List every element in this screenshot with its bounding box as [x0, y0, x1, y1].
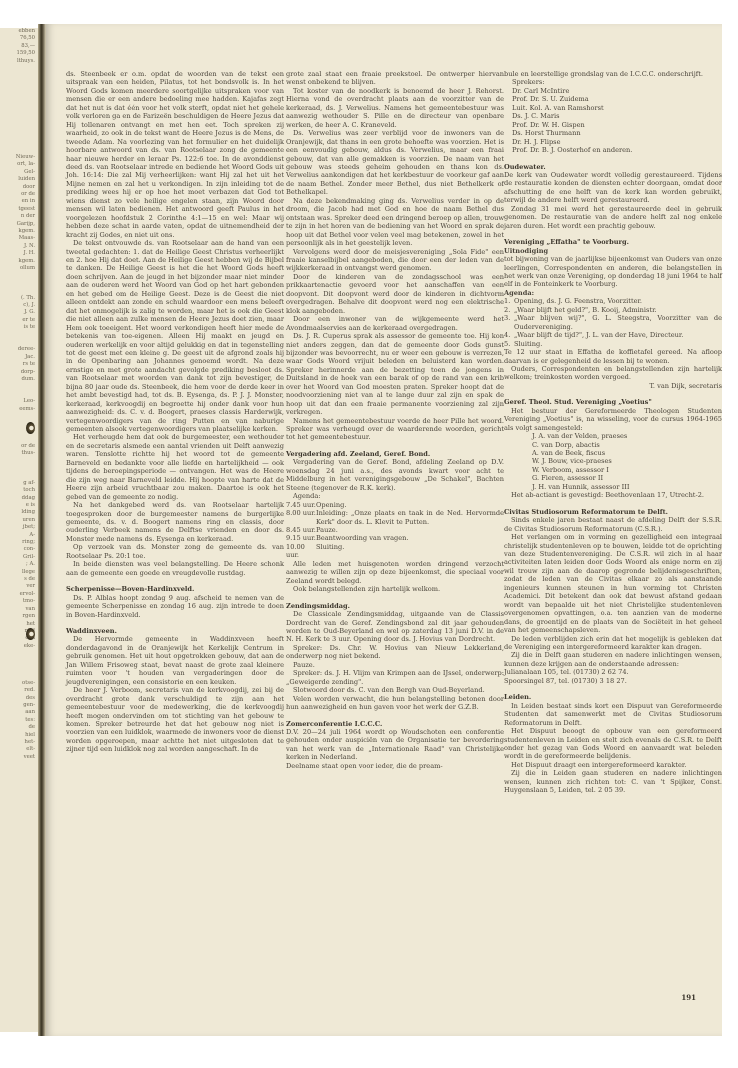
- agenda-number: 3.: [504, 314, 514, 331]
- facing-page-fragment: Jac.: [0, 354, 38, 361]
- facing-page-fragment: rgen: [0, 613, 38, 620]
- facing-page-fragment: ring;: [0, 539, 38, 546]
- agenda-item: 3.„Waar blijven wij?", G. L. Steegstra, …: [504, 314, 722, 331]
- paragraph: Deelname staat open voor ieder, die de p…: [286, 762, 504, 770]
- facing-page-fragment: des: [0, 695, 38, 702]
- section-heading: Civitas Studiosorum Reformatorum te Delf…: [504, 508, 722, 516]
- facing-page-fragment: J. N.: [0, 243, 38, 250]
- agenda-text: „Waar blijven wij?", G. L. Steegstra, Vo…: [514, 314, 722, 331]
- facing-page-fragment: gen-: [0, 702, 38, 709]
- agenda-time: 8.00 uur.: [286, 509, 316, 526]
- facing-page-fragment: 159,50: [0, 50, 38, 57]
- paragraph: bule en leerstellige grondslag van de I.…: [504, 70, 722, 78]
- facing-page-fragment: dorp-: [0, 369, 38, 376]
- facing-page-fragment: ollum: [0, 265, 38, 272]
- list-item: C. van Dorp, abactis: [532, 441, 722, 449]
- facing-page-fragment: luiden: [0, 176, 38, 183]
- list-item: Prof. Dr. W. H. Gispen: [512, 121, 722, 129]
- facing-page-fragment: [0, 391, 38, 398]
- facing-page-fragment: uren: [0, 517, 38, 524]
- facing-page-fragment: het-: [0, 739, 38, 746]
- facing-page-fragment: [0, 658, 38, 665]
- facing-page-fragment: [0, 665, 38, 672]
- paragraph: Tot koster van de noodkerk is benoemd de…: [286, 87, 504, 129]
- facing-page-fragment: Leo-: [0, 398, 38, 405]
- facing-page-fragment: s de: [0, 576, 38, 583]
- facing-page-fragment: door: [0, 184, 38, 191]
- paragraph: Door een inwoner van de wijkgemeente wer…: [286, 315, 504, 332]
- facing-page-text-fragments: ebben76,5083,—159,50lthuys. Nieuw-ort, l…: [0, 28, 38, 761]
- facing-page-fragment: [0, 465, 38, 472]
- facing-page-fragment: [0, 117, 38, 124]
- section-heading: Vereniging „Effatha" te Voorburg.: [504, 238, 722, 246]
- agenda-item: 10.00 uur.Sluiting.: [286, 543, 504, 560]
- paragraph: Zij die in Delft gaan studeren en nadere…: [504, 651, 722, 668]
- paragraph: D.V. 20—24 juli 1964 wordt op Woudschote…: [286, 728, 504, 762]
- facing-page-fragment: [0, 65, 38, 72]
- paragraph: Vervolgens werd door de meisjesverenigin…: [286, 248, 504, 273]
- facing-page-fragment: het: [0, 621, 38, 628]
- facing-page-fragment: [0, 280, 38, 287]
- facing-page-fragment: lding: [0, 509, 38, 516]
- paragraph: Ds. J. R. Cuperus sprak als assessor de …: [286, 332, 504, 417]
- paragraph: Spoorsingel 87, tel. (01730) 3 18 27.: [504, 677, 722, 685]
- paragraph: Na deze bekendmaking ging ds. Verwelius …: [286, 197, 504, 248]
- paragraph: Het Dispuut draagt een intergereformeerd…: [504, 761, 722, 769]
- agenda-item: 9.15 uur.Beantwoording van vragen.: [286, 534, 504, 542]
- facing-page-fragment: llege: [0, 569, 38, 576]
- facing-page-fragment: J. H.: [0, 250, 38, 257]
- list-item: Sprekers:: [512, 78, 722, 86]
- agenda-text: Sluiting.: [316, 543, 344, 560]
- agenda-time: 8.45 uur.: [286, 526, 316, 534]
- facing-page-fragment: thus-: [0, 450, 38, 457]
- list-item: Dr. Carl McIntire: [512, 87, 722, 95]
- list-item: J. A. van der Velden, praeses: [532, 432, 722, 440]
- facing-page-fragment: A-: [0, 532, 38, 539]
- agenda-text: Opening, ds. J. G. Feenstra, Voorzitter.: [514, 297, 642, 305]
- list-item: Prof. Dr. B. J. Oosterhof en anderen.: [512, 146, 722, 154]
- list-item: Ds. Horst Thurmann: [512, 129, 722, 137]
- paragraph: In beide diensten was veel belangstellin…: [66, 560, 284, 577]
- binding-ring-icon: [26, 422, 35, 434]
- facing-page-fragment: dum.: [0, 376, 38, 383]
- facing-page-fragment: [0, 672, 38, 679]
- facing-page-fragment: aan: [0, 709, 38, 716]
- facing-page-fragment: [0, 435, 38, 442]
- facing-page-fragment: ebben: [0, 28, 38, 35]
- facing-page-fragment: tgeest: [0, 206, 38, 213]
- agenda-number: 4.: [504, 331, 514, 339]
- paragraph: In Leiden bestaat sinds kort een Dispuut…: [504, 702, 722, 727]
- paragraph: De tekst ontvouwde ds. van Rootselaar aa…: [66, 239, 284, 433]
- agenda-item: 4.„Waar blijft de tijd?", J. L. van der …: [504, 331, 722, 339]
- paragraph: Op verzoek van ds. Monster zong de gemee…: [66, 543, 284, 560]
- paragraph: Het Dispuut beoogt de opbouw van een ger…: [504, 727, 722, 761]
- column-left: ds. Steenbeek er o.m. opdat de woorden v…: [66, 70, 284, 754]
- facing-page-fragment: ervol-: [0, 591, 38, 598]
- agenda-text: „Waar blijft het geld?", B. Kooij, Admin…: [514, 306, 657, 314]
- facing-page-fragment: kgem.: [0, 228, 38, 235]
- facing-page-fragment: tes:: [0, 717, 38, 724]
- facing-page-fragment: er te: [0, 317, 38, 324]
- paragraph: ds. Steenbeek er o.m. opdat de woorden v…: [66, 70, 284, 239]
- paragraph: De kerk van Oudewater wordt volledig ger…: [504, 171, 722, 205]
- agenda-item: 2.„Waar blijft het geld?", B. Kooij, Adm…: [504, 306, 722, 314]
- facing-page-fragment: deree-: [0, 346, 38, 353]
- facing-page-fragment: eems-: [0, 406, 38, 413]
- subheading: Agenda:: [504, 289, 722, 297]
- list-item: W. Verboom, assessor I: [532, 466, 722, 474]
- section-heading: Vergadering afd. Zeeland, Geref. Bond.: [286, 450, 504, 458]
- facing-page-fragment: red.: [0, 687, 38, 694]
- section-heading: Oudewater.: [504, 163, 722, 171]
- facing-page-fragment: rs te: [0, 361, 38, 368]
- facing-page-fragment: [0, 132, 38, 139]
- list-item: J. H. van Hunnik, assessor III: [532, 483, 722, 491]
- agenda-text: Sluiting.: [514, 340, 542, 348]
- paragraph: De Classicale Zendingsmiddag, uitgaande …: [286, 610, 504, 644]
- list-item: Luit. Kol. A. van Ramshorst: [512, 104, 722, 112]
- facing-page-fragment: van: [0, 606, 38, 613]
- paragraph: Het ab-actiant is gevestigd: Beethovenla…: [504, 491, 722, 499]
- name-list: J. A. van der Velden, praesesC. van Dorp…: [504, 432, 722, 491]
- book-gutter: [38, 24, 46, 1036]
- facing-page-fragment: Nieuw-: [0, 154, 38, 161]
- name-list: Sprekers:Dr. Carl McIntireProf. Dr. S. U…: [504, 78, 722, 154]
- paragraph: Zondag 31 mei werd het gerestaureerde de…: [504, 205, 722, 230]
- facing-page-fragment: [0, 287, 38, 294]
- facing-page-fragment: or de: [0, 443, 38, 450]
- agenda-time: 10.00 uur.: [286, 543, 316, 560]
- facing-page-fragment: n der: [0, 213, 38, 220]
- list-item: W. J. Bouw, vice-praeses: [532, 457, 722, 465]
- facing-page-fragment: [0, 339, 38, 346]
- paragraph: Het verlangen om in vorming en gezelligh…: [504, 533, 722, 634]
- facing-page-fragment: tmo-: [0, 598, 38, 605]
- facing-page-fragment: de: [0, 724, 38, 731]
- list-item: G. Fieren, assessor II: [532, 474, 722, 482]
- paragraph: tot bijwoning van de jaarlijkse bijeenko…: [504, 255, 722, 289]
- facing-page-fragment: [0, 332, 38, 339]
- column-middle: grote zaal staat een fraaie preekstoel. …: [286, 70, 504, 770]
- facing-page-fragment: elt-: [0, 746, 38, 753]
- section-heading: Scherpenisse—Boven-Hardinxveld.: [66, 585, 284, 593]
- agenda-number: 5.: [504, 340, 514, 348]
- agenda-item: 8.45 uur.Pauze.: [286, 526, 504, 534]
- facing-page-fragment: [0, 124, 38, 131]
- paragraph: Namens het gemeentebestuur voerde de hee…: [286, 417, 504, 442]
- facing-page-fragment: [0, 650, 38, 657]
- paragraph: Agenda:: [286, 492, 504, 500]
- facing-page-fragment: Gril-: [0, 554, 38, 561]
- agenda-item: 8.00 uur.Inleiding: „Onze plaats en taak…: [286, 509, 504, 526]
- paragraph: grote zaal staat een fraaie preekstoel. …: [286, 70, 504, 87]
- facing-page-fragment: hiel: [0, 732, 38, 739]
- agenda-time: 9.15 uur.: [286, 534, 316, 542]
- facing-page-fragment: [0, 472, 38, 479]
- facing-page-fragment: [0, 384, 38, 391]
- list-item: Prof. Dr. S. U. Zuidema: [512, 95, 722, 103]
- facing-page-fragment: Maas-: [0, 235, 38, 242]
- facing-page-fragment: [0, 109, 38, 116]
- facing-page-fragment: 83,—: [0, 43, 38, 50]
- facing-page-fragment: [0, 80, 38, 87]
- agenda-text: Pauze.: [316, 526, 338, 534]
- paragraph: Vergadering van de Geref. Bond, afdeling…: [286, 458, 504, 492]
- paragraph: De Hervormde gemeente in Waddinxveen hee…: [66, 635, 284, 686]
- facing-page-fragment: veet: [0, 754, 38, 761]
- facing-page-fragment: Garijp,: [0, 221, 38, 228]
- agenda-text: „Waar blijft de tijd?", J. L. van der Ha…: [514, 331, 683, 339]
- facing-page-fragment: lthuys.: [0, 58, 38, 65]
- paragraph: Het bestuur der Gereformeerde Theologen …: [504, 407, 722, 432]
- section-heading: Waddinxveen.: [66, 627, 284, 635]
- facing-page-fragment: (. Th.: [0, 295, 38, 302]
- agenda-text: Beantwoording van vragen.: [316, 534, 408, 542]
- facing-page-fragment: is te: [0, 324, 38, 331]
- facing-page-fragment: g af-: [0, 480, 38, 487]
- binding-ring-icon: [26, 628, 35, 640]
- paragraph: Te 12 uur staat in Effatha de koffietafe…: [504, 348, 722, 365]
- column-right: bule en leerstellige grondslag van de I.…: [504, 70, 722, 795]
- agenda-text: Inleiding: „Onze plaats en taak in de Ne…: [316, 509, 504, 526]
- facing-page-fragment: en in: [0, 198, 38, 205]
- section-heading: Geref. Theol. Stud. Vereniging „Voetius": [504, 398, 722, 406]
- paragraph: Sinds enkele jaren bestaat naast de afde…: [504, 516, 722, 533]
- facing-page-fragment: kgem.: [0, 258, 38, 265]
- paragraph: Ook belangstellenden zijn hartelijk welk…: [286, 585, 504, 593]
- facing-page-fragment: [0, 72, 38, 79]
- facing-page-edge: ebben76,5083,—159,50lthuys. Nieuw-ort, l…: [0, 28, 39, 1032]
- section-heading: Zomerconferentie I.C.C.C.: [286, 720, 504, 728]
- facing-page-fragment: ort, la-: [0, 161, 38, 168]
- facing-page-fragment: J. G.: [0, 309, 38, 316]
- agenda-text: Opening.: [316, 501, 346, 509]
- agenda-item: 1.Opening, ds. J. G. Feenstra, Voorzitte…: [504, 297, 722, 305]
- agenda-item: 5.Sluiting.: [504, 340, 722, 348]
- agenda-item: 7.45 uur.Opening.: [286, 501, 504, 509]
- facing-page-fragment: otse-: [0, 680, 38, 687]
- facing-page-fragment: [0, 413, 38, 420]
- facing-page-fragment: or de: [0, 191, 38, 198]
- paragraph: Slotwoord door ds. C. van den Bergh van …: [286, 686, 504, 694]
- list-item: A. van de Beek, fiscus: [532, 449, 722, 457]
- paragraph: Ds. P. Alblas hoopt zondag 9 aug. afsche…: [66, 594, 284, 619]
- subheading: Uitnodiging: [504, 247, 722, 255]
- facing-page-fragment: e is: [0, 502, 38, 509]
- section-heading: Leiden.: [504, 693, 722, 701]
- paragraph: Spreker: Ds. Chr. W. Hovius van Nieuw Le…: [286, 644, 504, 661]
- facing-page-fragment: c), J.: [0, 302, 38, 309]
- facing-page-fragment: con-: [0, 546, 38, 553]
- section-heading: Zendingsmiddag.: [286, 602, 504, 610]
- paragraph: Pauze.: [286, 661, 504, 669]
- facing-page-fragment: ver: [0, 583, 38, 590]
- facing-page-fragment: jbet;: [0, 524, 38, 531]
- paragraph: Zij die in Leiden gaan studeren en nader…: [504, 769, 722, 794]
- paragraph: Julianalaan 105, tel. (01730) 2 62 74.: [504, 668, 722, 676]
- document-page: ds. Steenbeek er o.m. opdat de woorden v…: [46, 24, 722, 1036]
- paragraph: Ouders, Correspondenten en belangstellen…: [504, 365, 722, 382]
- paragraph: Velen worden verwacht, die hun belangste…: [286, 695, 504, 712]
- facing-page-fragment: [0, 147, 38, 154]
- list-item: Dr. H. J. Flipse: [512, 138, 722, 146]
- paragraph: De leden verblijden zich erin dat het mo…: [504, 635, 722, 652]
- facing-page-fragment: Gel-: [0, 169, 38, 176]
- paragraph: De heer J. Verboom, secretaris van de ke…: [66, 686, 284, 754]
- agenda-number: 1.: [504, 297, 514, 305]
- facing-page-fragment: 76,50: [0, 35, 38, 42]
- facing-page-fragment: [0, 139, 38, 146]
- facing-page-fragment: [0, 95, 38, 102]
- facing-page-fragment: [0, 272, 38, 279]
- paragraph: Het verheugde hem dat ook de burgemeeste…: [66, 433, 284, 501]
- facing-page-fragment: [0, 87, 38, 94]
- facing-page-fragment: eke-: [0, 643, 38, 650]
- agenda-number: 2.: [504, 306, 514, 314]
- facing-page-fragment: [0, 458, 38, 465]
- facing-page-fragment: [0, 102, 38, 109]
- agenda-time: 7.45 uur.: [286, 501, 316, 509]
- facing-page-fragment: ddag: [0, 495, 38, 502]
- list-item: Ds. J. C. Maris: [512, 112, 722, 120]
- paragraph: Alle leden met huisgenoten worden dringe…: [286, 560, 504, 585]
- facing-page-fragment: ; A.: [0, 561, 38, 568]
- paragraph: Na het dankgebed werd ds. van Rootselaar…: [66, 501, 284, 543]
- facing-page-fragment: toch: [0, 487, 38, 494]
- page-number: 191: [681, 993, 696, 1002]
- paragraph: Door de kinderen van de zondagsschool wa…: [286, 273, 504, 315]
- paragraph: Ds. Verwelius was zeer verblijd voor de …: [286, 129, 504, 197]
- signature: T. van Dijk, secretaris: [504, 382, 722, 390]
- paragraph: Spreker: ds. J. H. Vlijm van Krimpen aan…: [286, 669, 504, 686]
